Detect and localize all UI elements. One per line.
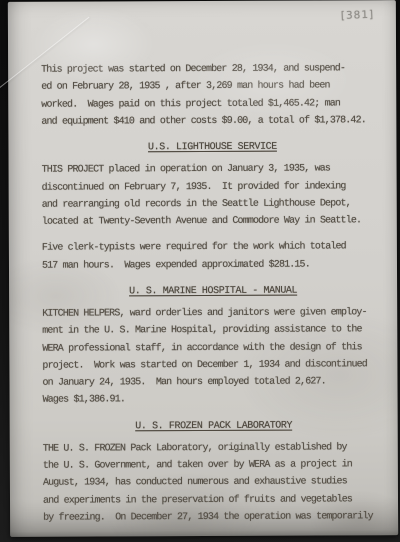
frozen-pack-paragraph: THE U. S. FROZEN Pack Laboratory, origin… <box>43 439 385 527</box>
scanned-page-photo: [381] This project was started on Decemb… <box>0 0 400 542</box>
document-page: [381] This project was started on Decemb… <box>8 0 398 537</box>
lighthouse-paragraph-2: Five clerk-typists were required for the… <box>42 238 384 274</box>
section-heading-lighthouse-service: U.S. LIGHTHOUSE SERVICE <box>41 138 383 157</box>
page-content: This project was started on December 28,… <box>41 60 385 535</box>
section-heading-frozen-pack-laboratory: U. S. FROZEN PACK LABORATORY <box>43 417 385 436</box>
handwritten-page-number: [381] <box>340 9 374 22</box>
lighthouse-paragraph-1: THIS PROJECT placed in operation on Janu… <box>42 160 384 230</box>
marine-hospital-paragraph: KITCHEN HELPERS, ward orderlies and jani… <box>42 304 384 409</box>
section-heading-marine-hospital: U. S. MARINE HOSPITAL - MANUAL <box>42 282 384 301</box>
intro-paragraph: This project was started on December 28,… <box>41 60 383 130</box>
